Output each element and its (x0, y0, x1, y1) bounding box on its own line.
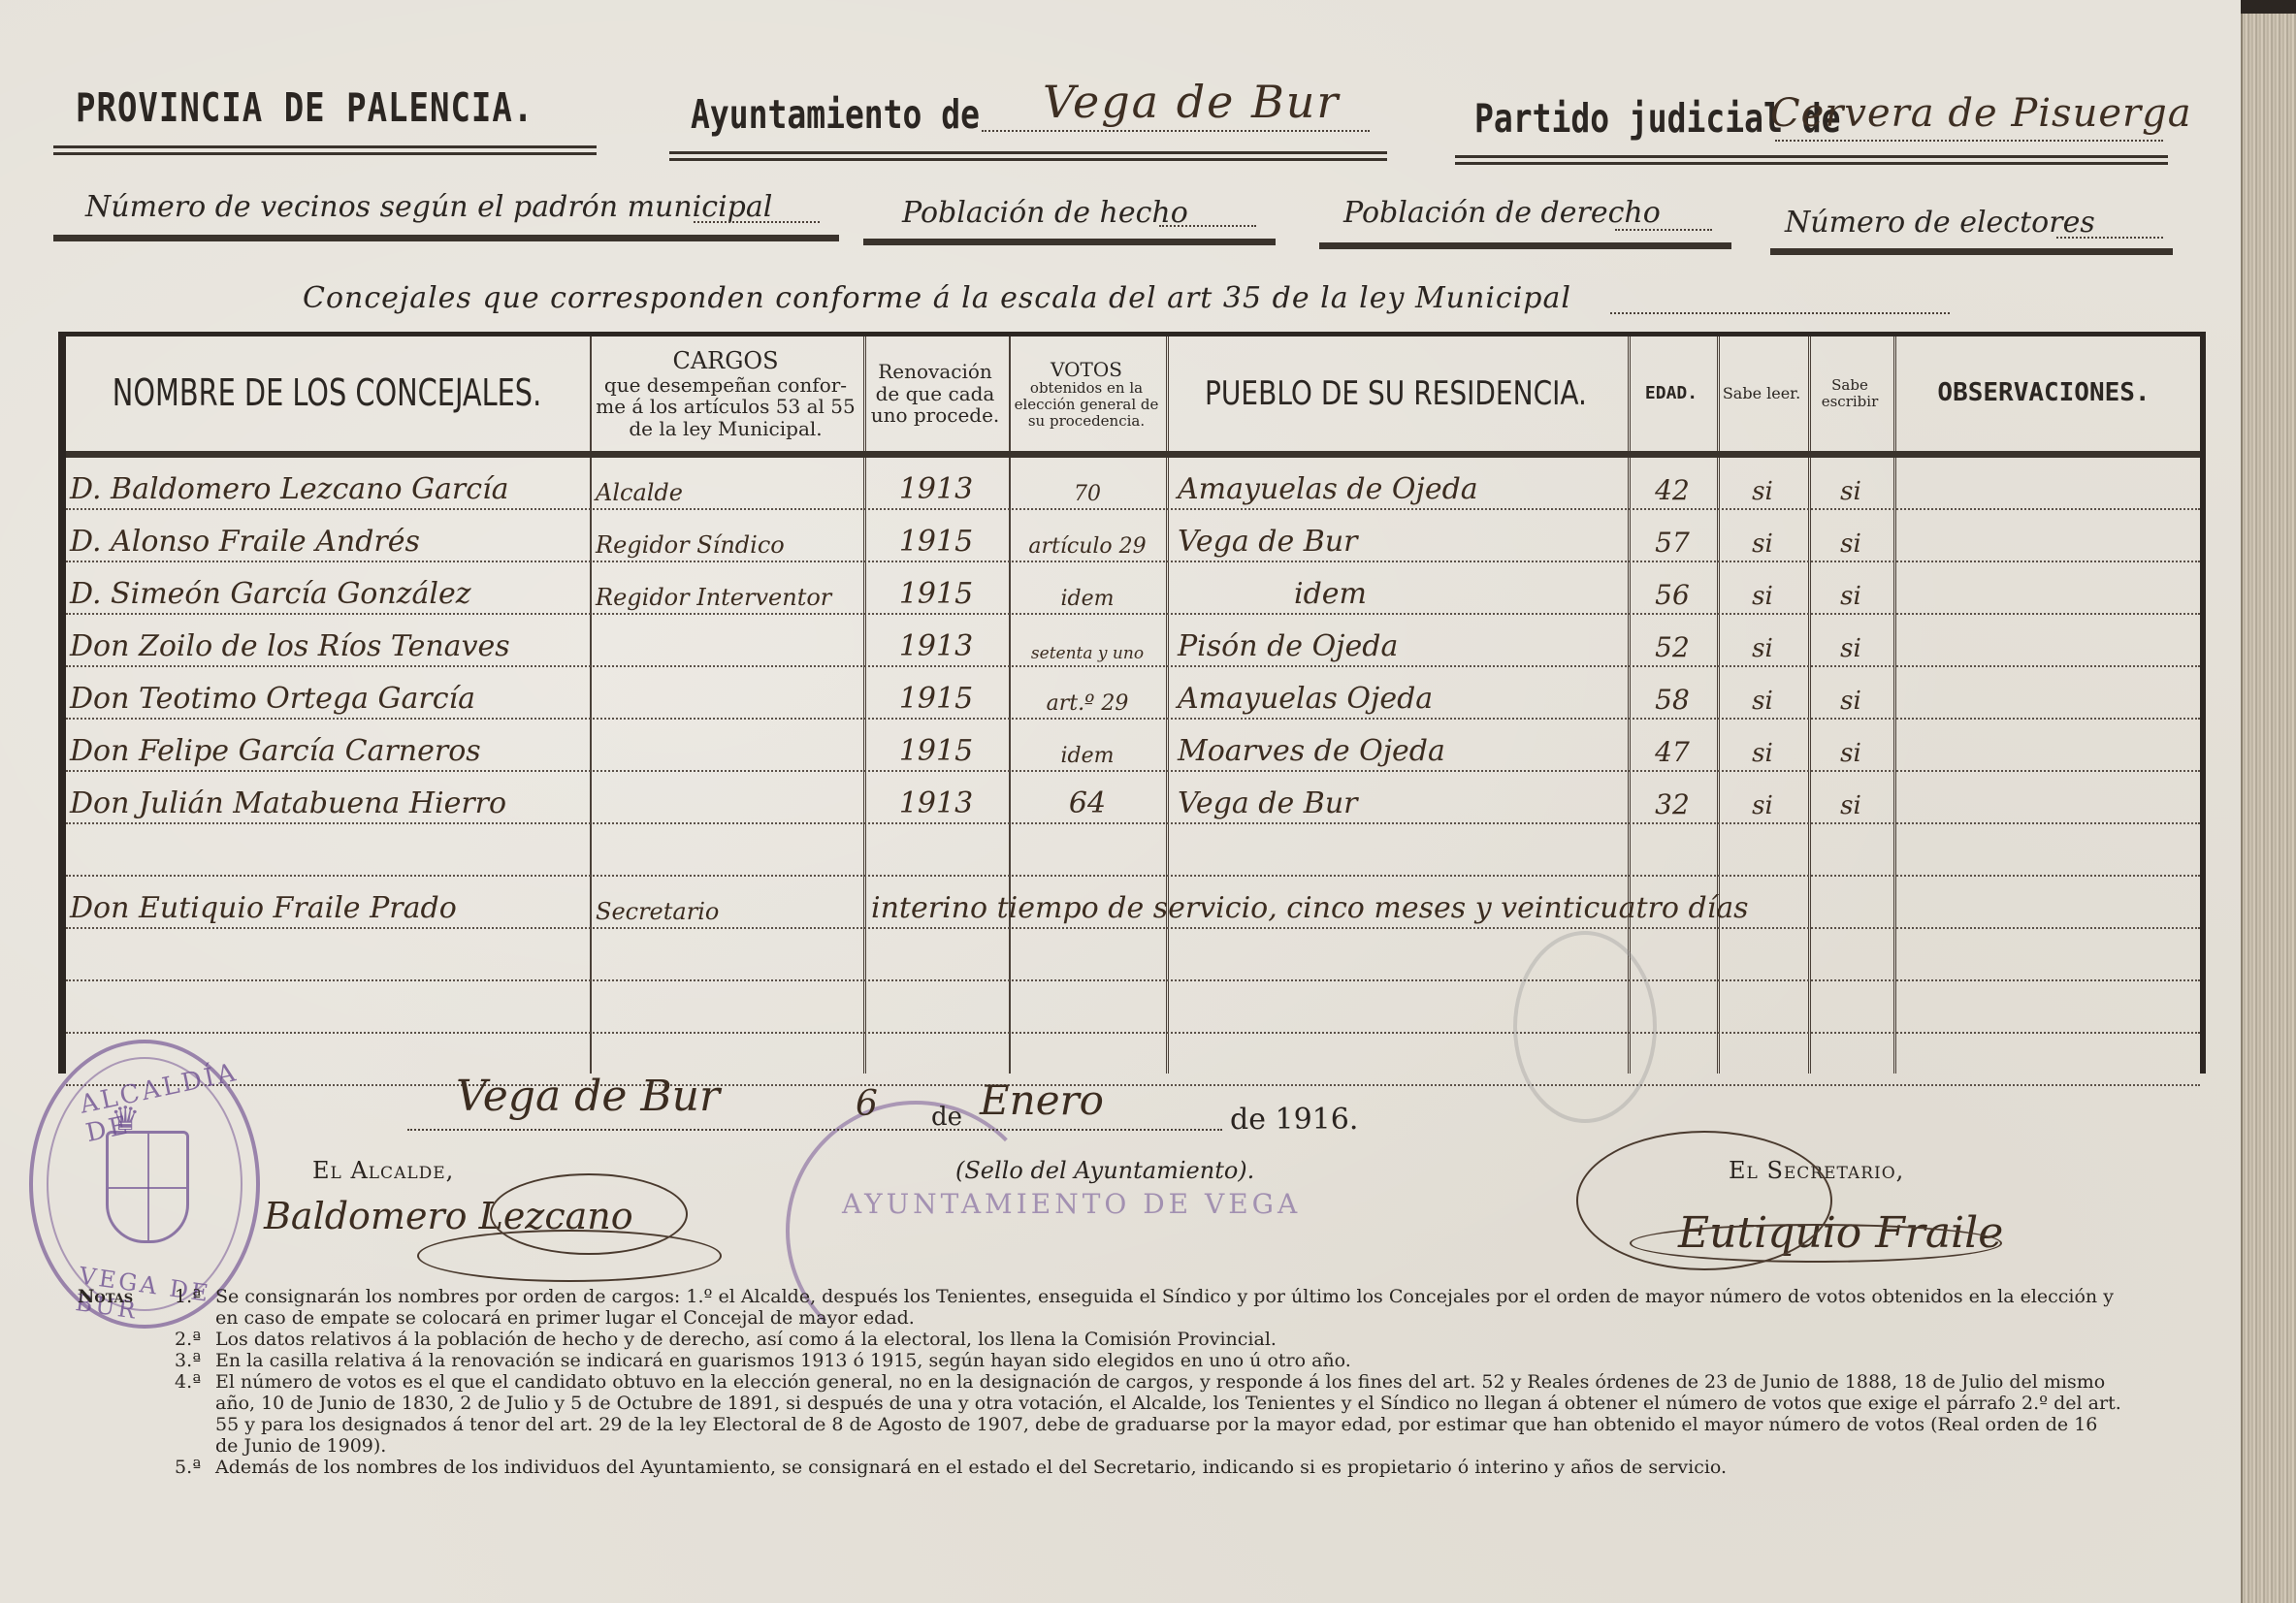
cell-observaciones (1895, 514, 2194, 559)
cell-renovacion: 1913 (865, 619, 1007, 663)
cell-observaciones (1895, 671, 2194, 716)
table-row-empty (66, 981, 2200, 1034)
votos-title: VOTOS (1051, 359, 1122, 380)
cell-pueblo: Amayuelas de Ojeda (1168, 462, 1635, 506)
table-row: D. Simeón García González Regidor Interv… (66, 562, 2200, 615)
cell-edad: 47 (1630, 723, 1715, 768)
table-row: D. Alonso Fraile Andrés Regidor Síndico … (66, 510, 2200, 562)
sello-label: (Sello del Ayuntamiento). (955, 1157, 1254, 1184)
cell-renovacion: 1915 (865, 514, 1007, 559)
concejales-table: NOMBRE DE LOS CONCEJALES. CARGOS que des… (58, 332, 2206, 1074)
concejales-field (1610, 312, 1950, 314)
bleed-through-stamp (1513, 931, 1657, 1123)
note-item: 3.ªEn la casilla relativa á la renovació… (136, 1350, 2124, 1371)
cell-cargo (592, 776, 867, 820)
cell-votos: idem (1011, 566, 1164, 611)
table-row-empty (66, 1034, 2200, 1086)
cell-sabe-escribir: si (1810, 514, 1892, 559)
secretary-row: Don Eutiquio Fraile Prado Secretario int… (66, 877, 2200, 929)
table-row: Don Julián Matabuena Hierro 1913 64 Vega… (66, 772, 2200, 824)
cell-renovacion: 1915 (865, 671, 1007, 716)
document-page: PROVINCIA DE PALENCIA. Ayuntamiento de V… (0, 0, 2241, 1603)
electores-field (2056, 237, 2163, 239)
cell-sabe-escribir: si (1810, 619, 1892, 663)
cargos-title: CARGOS (672, 348, 778, 374)
cell-edad: 58 (1630, 671, 1715, 716)
cell-nombre: D. Simeón García González (66, 566, 594, 611)
cell-sabe-escribir: si (1810, 776, 1892, 820)
column-header-nombre: NOMBRE DE LOS CONCEJALES. (66, 325, 588, 463)
note-number: 1.ª (175, 1286, 201, 1307)
cell-observaciones (1895, 462, 2194, 506)
cell-observaciones (1895, 619, 2194, 663)
column-header-edad: EDAD. (1628, 337, 1715, 451)
cell-nombre: Don Julián Matabuena Hierro (66, 776, 594, 820)
votos-subtitle: obtenidos en la elección general de su p… (1009, 380, 1164, 429)
year-label: de 1916. (1230, 1103, 1358, 1137)
coat-of-arms-icon (106, 1131, 189, 1243)
cell-sabe-escribir: si (1810, 462, 1892, 506)
cell-nombre: D. Baldomero Lezcano García (66, 462, 594, 506)
cell-sabe-leer: si (1719, 723, 1806, 768)
derecho-label: Población de derecho (1343, 196, 1661, 230)
table-row: Don Felipe García Carneros 1915 idem Moa… (66, 720, 2200, 772)
signature-flourish (1630, 1224, 2002, 1263)
cell-votos: artículo 29 (1011, 514, 1164, 559)
divider (1455, 155, 2168, 165)
cell-sabe-leer: si (1719, 619, 1806, 663)
partido-value: Cervera de Pisuerga (1770, 91, 2192, 136)
cell-edad: 52 (1630, 619, 1715, 663)
ayuntamiento-label: Ayuntamiento de (691, 90, 980, 138)
column-header-observaciones: OBSERVACIONES. (1893, 337, 2194, 451)
note-text: El número de votos es el que el candidat… (215, 1371, 2121, 1457)
cell-cargo (592, 723, 867, 768)
cell-edad: 32 (1630, 776, 1715, 820)
notes-section: Notas 1.ªSe consignarán los nombres por … (136, 1286, 2124, 1478)
alcalde-label: El Alcalde, (312, 1157, 454, 1184)
derecho-field (1615, 229, 1712, 231)
divider (1319, 242, 1731, 249)
table-row-empty (66, 929, 2200, 981)
cell-pueblo: Amayuelas Ojeda (1168, 671, 1635, 716)
cell-nombre: D. Alonso Fraile Andrés (66, 514, 594, 559)
cell-votos: setenta y uno (1011, 619, 1164, 663)
cell-renovacion: 1915 (865, 723, 1007, 768)
note-item: 5.ªAdemás de los nombres de los individu… (136, 1457, 2124, 1478)
cell-pueblo: Pisón de Ojeda (1168, 619, 1635, 663)
partido-dotted-line (1775, 140, 2163, 142)
cell-edad: 57 (1630, 514, 1715, 559)
cell-observaciones (1895, 723, 2194, 768)
note-item: 2.ªLos datos relativos á la población de… (136, 1329, 2124, 1350)
column-header-renovacion: Renovación de que cada uno procede. (863, 337, 1007, 451)
note-item: 1.ªSe consignarán los nombres por orden … (136, 1286, 2124, 1329)
cell-cargo (592, 671, 867, 716)
column-header-cargos: CARGOS que desempeñan confor-me á los ar… (590, 337, 861, 451)
cell-cargo: Secretario (592, 881, 867, 925)
place-date-dotted-line (407, 1129, 1222, 1131)
cell-votos: 64 (1011, 776, 1164, 820)
cell-pueblo: Vega de Bur (1168, 514, 1635, 559)
cell-sabe-escribir: si (1810, 566, 1892, 611)
province-title: PROVINCIA DE PALENCIA. (76, 85, 534, 132)
cell-observaciones (1895, 776, 2194, 820)
table-row: D. Baldomero Lezcano García Alcalde 1913… (66, 458, 2200, 510)
header-rule (66, 451, 2200, 458)
hecho-label: Población de hecho (902, 196, 1188, 230)
divider (863, 239, 1276, 245)
ayuntamiento-value: Vega de Bur (1043, 76, 1340, 128)
divider (53, 145, 597, 155)
cell-pueblo: Vega de Bur (1168, 776, 1635, 820)
notes-label: Notas (78, 1286, 133, 1307)
vecinos-label: Número de vecinos según el padrón munici… (85, 190, 772, 224)
cell-nombre: Don Zoilo de los Ríos Tenaves (66, 619, 594, 663)
signature-flourish (417, 1230, 722, 1282)
cell-sabe-leer: si (1719, 462, 1806, 506)
place-value: Vega de Bur (456, 1072, 720, 1121)
column-header-sabe-leer: Sabe leer. (1717, 337, 1806, 451)
day-value: 6 (856, 1084, 878, 1124)
note-number: 4.ª (175, 1371, 201, 1393)
table-row: Don Teotimo Ortega García 1915 art.º 29 … (66, 667, 2200, 720)
note-text: En la casilla relativa á la renovación s… (215, 1350, 1351, 1371)
cell-renovacion: 1913 (865, 776, 1007, 820)
cell-cargo: Alcalde (592, 462, 867, 506)
cell-pueblo: Moarves de Ojeda (1168, 723, 1635, 768)
cell-cargo: Regidor Síndico (592, 514, 867, 559)
cell-votos: 70 (1011, 462, 1164, 506)
divider (1770, 248, 2173, 255)
cell-sabe-leer: si (1719, 514, 1806, 559)
hecho-field (1159, 225, 1256, 227)
de-label: de (931, 1103, 962, 1132)
cell-sabe-leer: si (1719, 776, 1806, 820)
cell-renovacion: 1913 (865, 462, 1007, 506)
cell-edad: 56 (1630, 566, 1715, 611)
electores-label: Número de electores (1785, 206, 2095, 240)
divider (669, 151, 1387, 161)
note-text: Además de los nombres de los individuos … (215, 1457, 1727, 1478)
vecinos-field (694, 221, 820, 223)
cell-sabe-escribir: si (1810, 671, 1892, 716)
note-text: Los datos relativos á la población de he… (215, 1329, 1277, 1350)
note-item: 4.ªEl número de votos es el que el candi… (136, 1371, 2124, 1457)
note-number: 2.ª (175, 1329, 201, 1350)
cell-sabe-escribir: si (1810, 723, 1892, 768)
cell-nombre: Don Eutiquio Fraile Prado (66, 881, 594, 925)
concejales-label: Concejales que corresponden conforme á l… (303, 281, 1571, 315)
note-number: 5.ª (175, 1457, 201, 1478)
cell-votos: idem (1011, 723, 1164, 768)
cell-sabe-leer: si (1719, 566, 1806, 611)
column-header-sabe-escribir: Sabe escribir (1808, 337, 1892, 451)
cell-nombre: Don Teotimo Ortega García (66, 671, 594, 716)
cell-renovacion: 1915 (865, 566, 1007, 611)
cell-cargo: Regidor Interventor (592, 566, 867, 611)
cell-secretary-service: interino tiempo de servicio, cinco meses… (865, 881, 2132, 925)
note-text: Se consignarán los nombres por orden de … (215, 1286, 2114, 1329)
cell-sabe-leer: si (1719, 671, 1806, 716)
table-row: Don Zoilo de los Ríos Tenaves 1913 seten… (66, 615, 2200, 667)
table-row-empty (66, 824, 2200, 877)
column-header-pueblo: PUEBLO DE SU RESIDENCIA. (1166, 325, 1626, 463)
month-value: Enero (980, 1076, 1104, 1124)
ayuntamiento-stamp-text: AYUNTAMIENTO DE VEGA (842, 1188, 1301, 1220)
cell-cargo (592, 619, 867, 663)
column-header-votos: VOTOS obtenidos en la elección general d… (1009, 337, 1164, 451)
divider (53, 235, 839, 241)
cargos-subtitle: que desempeñan confor-me á los artículos… (590, 374, 861, 439)
cell-nombre: Don Felipe García Carneros (66, 723, 594, 768)
book-page-edges (2241, 14, 2296, 1603)
cell-observaciones (1895, 566, 2194, 611)
ayuntamiento-dotted-line (982, 130, 1370, 132)
note-number: 3.ª (175, 1350, 201, 1371)
cell-edad: 42 (1630, 462, 1715, 506)
cell-votos: art.º 29 (1011, 671, 1164, 716)
